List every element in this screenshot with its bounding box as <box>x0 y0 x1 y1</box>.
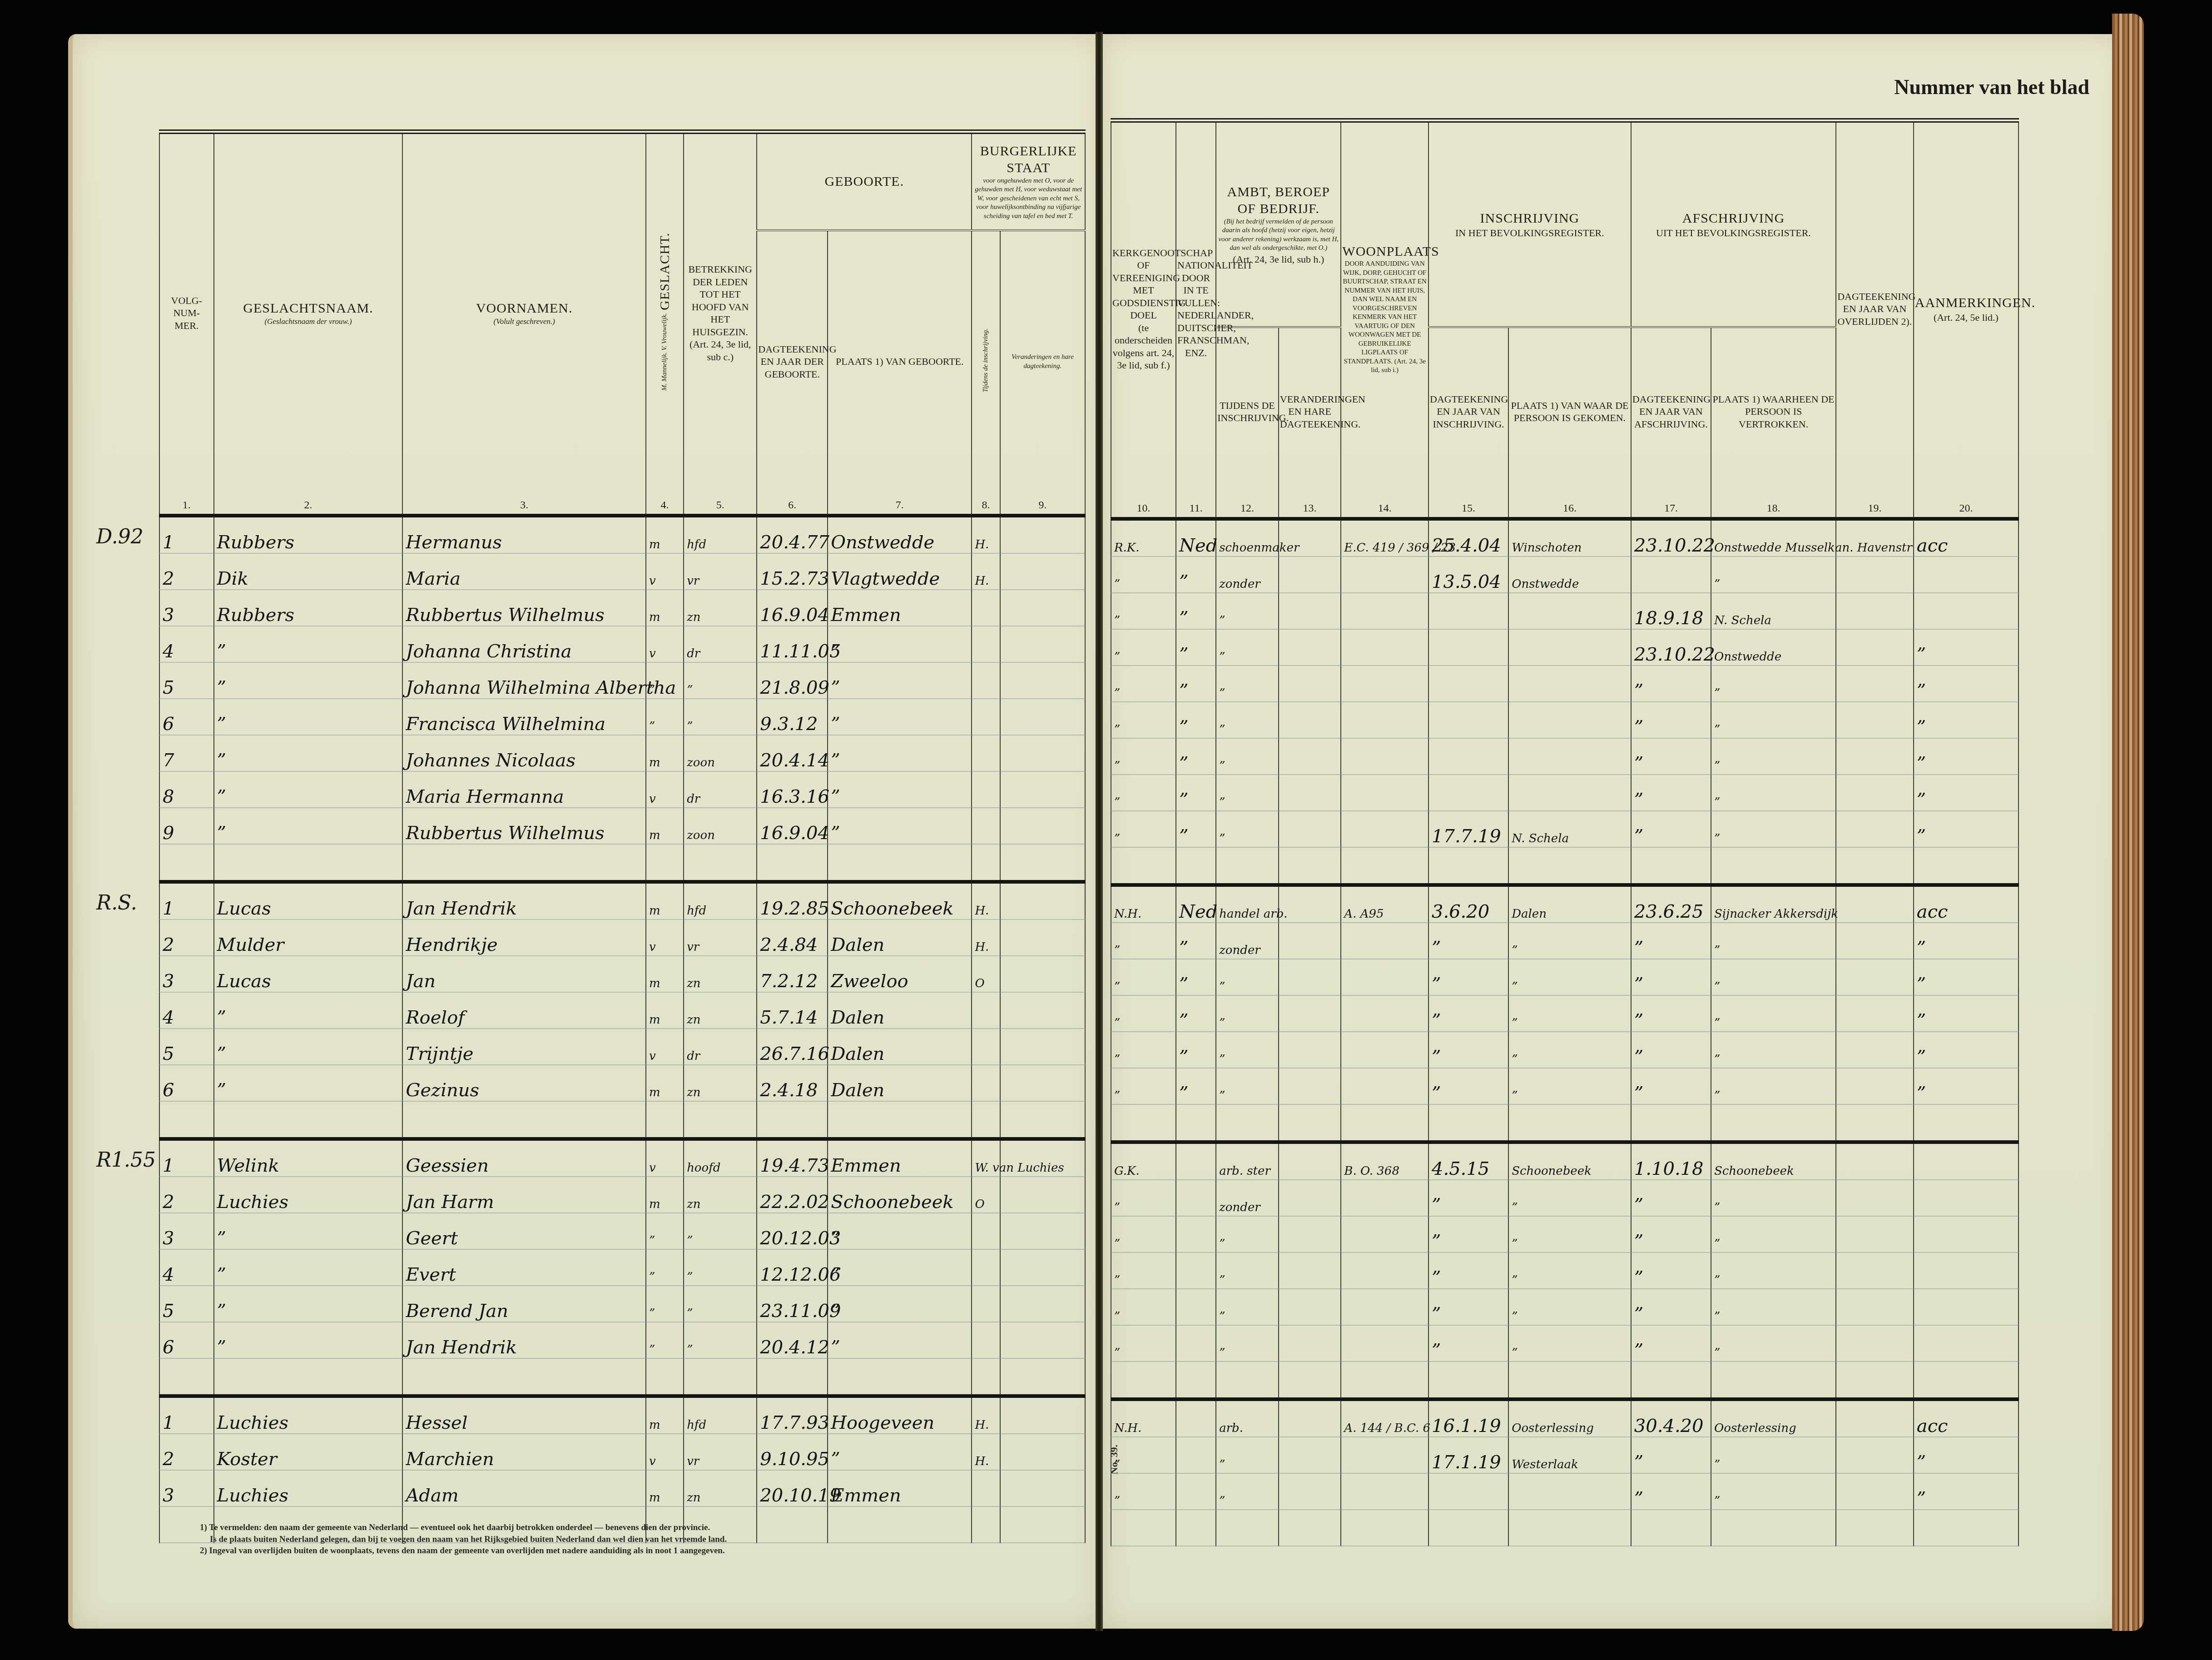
cell-text: ” <box>1634 1452 1643 1473</box>
cell-given: Maria <box>402 553 645 590</box>
cell-occ-change <box>1279 1289 1341 1325</box>
cell-text: 2 <box>163 568 174 589</box>
cell-text: H. <box>975 940 989 954</box>
cell-text: ” <box>1114 723 1120 736</box>
register-row-left: 6”Francisca Wilhelmina””9.3.12” <box>159 699 1085 735</box>
cell-text: v <box>649 1455 656 1468</box>
empty-cell <box>757 844 828 882</box>
cell-text: N.H. <box>1114 907 1141 921</box>
col-num: 19. <box>1836 495 1914 519</box>
cell-birth-place: Vlagtwedde <box>828 553 972 590</box>
cell-af-to: ” <box>1711 1289 1836 1325</box>
cell-text: ” <box>1512 1346 1518 1360</box>
cell-occ-change <box>1279 666 1341 702</box>
cell-rel: zn <box>684 956 757 992</box>
cell-occ: zonder <box>1216 923 1279 959</box>
cell-birth-date: 20.4.77 <box>757 516 828 553</box>
cell-ins-date: ” <box>1428 1325 1508 1362</box>
cell-church: N.H. <box>1111 885 1176 923</box>
cell-ins-date: ” <box>1428 1068 1508 1104</box>
cell-text: ” <box>1179 644 1188 665</box>
cell-text: Jan Hendrik <box>406 898 516 919</box>
empty-cell <box>684 844 757 882</box>
cell-church: ” <box>1111 629 1176 666</box>
cell-text: 1 <box>163 898 174 919</box>
cell-text: ” <box>1917 717 1926 738</box>
cell-text: ” <box>1114 759 1120 773</box>
cell-text: 20.4.14 <box>760 750 829 771</box>
cell-text: Johannes Nicolaas <box>406 750 575 771</box>
cell-text: 2.4.84 <box>760 934 818 955</box>
cell-text: 13.5.04 <box>1432 572 1501 592</box>
cell-af-date: ” <box>1631 995 1711 1032</box>
cell-af-date: ” <box>1631 923 1711 959</box>
cell-text: Onstwedde <box>1512 577 1579 591</box>
cell-n: 4 <box>159 1249 214 1286</box>
empty-cell <box>972 1358 1000 1396</box>
cell-rel: dr <box>684 1029 757 1065</box>
cell-af-date: ” <box>1631 666 1711 702</box>
cell-occ-change <box>1279 593 1341 629</box>
cell-text: m <box>649 1198 660 1211</box>
cell-text: ” <box>1179 572 1188 592</box>
cell-surname: Rubbers <box>214 516 403 553</box>
cell-remarks: ” <box>1914 629 2019 666</box>
cell-bs-change <box>1000 735 1085 771</box>
cell-text: Hermanus <box>406 532 502 553</box>
cell-given: Berend Jan <box>402 1286 645 1322</box>
cell-ins-date <box>1428 738 1508 775</box>
cell-remarks: ” <box>1914 1473 2019 1510</box>
col-group-inschrijving: INSCHRIJVINGIN HET BEVOLKINGSREGISTER. <box>1428 120 1631 327</box>
cell-text: ” <box>1114 832 1120 845</box>
cell-text: ” <box>1917 790 1926 810</box>
left-register-body: 1D.92RubbersHermanusmhfd20.4.77Onstwedde… <box>159 516 1085 1543</box>
cell-text: 20.4.77 <box>760 532 829 553</box>
cell-occ: ” <box>1216 1252 1279 1289</box>
cell-af-date: 23.6.25 <box>1631 885 1711 923</box>
cell-n: 2 <box>159 919 214 956</box>
cell-bs-change <box>1000 1434 1085 1470</box>
cell-death <box>1836 959 1914 995</box>
cell-ins-date: 13.5.04 <box>1428 557 1508 593</box>
cell-given: Adam <box>402 1470 645 1506</box>
cell-nat <box>1176 1216 1216 1252</box>
cell-af-date: ” <box>1631 1473 1711 1510</box>
cell-occ-change <box>1279 1216 1341 1252</box>
cell-text: 26.7.16 <box>760 1044 829 1064</box>
cell-text: ” <box>1917 1083 1926 1104</box>
cell-occ-change <box>1279 995 1341 1032</box>
cell-birth-place: Emmen <box>828 1470 972 1506</box>
cell-occ: ” <box>1216 1032 1279 1068</box>
cell-nat: ” <box>1176 629 1216 666</box>
cell-bs <box>972 1213 1000 1249</box>
register-row-left: 1D.92RubbersHermanusmhfd20.4.77Onstwedde… <box>159 516 1085 553</box>
cell-church: ” <box>1111 1325 1176 1362</box>
cell-ins-from: ” <box>1508 1180 1631 1216</box>
cell-text: ” <box>217 1044 226 1064</box>
cell-text: ” <box>1432 1340 1441 1361</box>
cell-text: ” <box>831 1264 840 1285</box>
cell-n: 5 <box>159 662 214 699</box>
cell-text: Oosterlessing <box>1512 1421 1594 1435</box>
cell-given: Johanna Christina <box>402 626 645 662</box>
blank-ruled-row <box>1111 1510 2019 1546</box>
col-num: 2. <box>214 492 403 516</box>
cell-birth-place: Schoonebeek <box>828 1177 972 1213</box>
col-num: 10. <box>1111 495 1176 519</box>
cell-text: 5 <box>163 677 174 698</box>
cell-text: Berend Jan <box>406 1301 508 1322</box>
cell-text: m <box>649 611 660 624</box>
cell-text: m <box>649 829 660 842</box>
cell-remarks <box>1914 593 2019 629</box>
empty-cell <box>828 1506 972 1543</box>
cell-af-date: 1.10.18 <box>1631 1142 1711 1180</box>
sheet-number-label: Nummer van het blad <box>1894 75 2089 99</box>
cell-text: ” <box>1432 1304 1441 1325</box>
cell-text: 4 <box>163 1264 174 1285</box>
register-row-right: ”””””””” <box>1111 1032 2019 1068</box>
cell-woonplaats <box>1341 666 1428 702</box>
cell-bs-change <box>1000 1213 1085 1249</box>
cell-text: ” <box>1432 1267 1441 1288</box>
cell-text: Rubbers <box>217 532 294 553</box>
cell-text: Rubbers <box>217 605 294 626</box>
cell-text: ” <box>1114 650 1120 664</box>
col-header-volgnummer: VOLG-NUM-MER. <box>159 132 214 492</box>
cell-text: 17.7.19 <box>1432 826 1501 847</box>
cell-text: v <box>649 1161 656 1175</box>
empty-cell <box>1711 1510 1836 1546</box>
cell-text: Rubbertus Wilhelmus <box>406 605 604 626</box>
empty-cell <box>1631 1362 1711 1399</box>
cell-ins-date: 16.1.19 <box>1428 1399 1508 1437</box>
cell-text: ” <box>1634 1047 1643 1068</box>
cell-text: ” <box>1179 1083 1188 1104</box>
cell-remarks: ” <box>1914 1437 2019 1473</box>
cell-text: ” <box>1179 608 1188 629</box>
cell-church: ” <box>1111 923 1176 959</box>
empty-cell <box>1508 1104 1631 1142</box>
cell-sex: ” <box>646 1213 684 1249</box>
cell-church: ” <box>1111 1437 1176 1473</box>
cell-text: Adam <box>406 1485 458 1506</box>
cell-woonplaats <box>1341 923 1428 959</box>
cell-surname: Mulder <box>214 919 403 956</box>
cell-bs <box>972 590 1000 626</box>
col-num: 11. <box>1176 495 1216 519</box>
cell-text: ” <box>1432 1047 1441 1068</box>
cell-text: ” <box>1512 944 1518 957</box>
cell-ins-from <box>1508 629 1631 666</box>
cell-remarks: ” <box>1914 959 2019 995</box>
col-num: 5. <box>684 492 757 516</box>
empty-cell <box>1176 1362 1216 1399</box>
cell-birth-date: 2.4.18 <box>757 1065 828 1101</box>
cell-text: 6 <box>163 714 174 735</box>
cell-text: ” <box>1714 686 1720 700</box>
col-header-geboorte-plaats: PLAATS 1) VAN GEBOORTE. <box>828 230 972 492</box>
cell-text: ” <box>1179 974 1188 995</box>
cell-nat <box>1176 1437 1216 1473</box>
register-row-left: 2DikMariavvr15.2.73VlagtweddeH. <box>159 553 1085 590</box>
cell-death <box>1836 557 1914 593</box>
cell-text: Dalen <box>831 1044 884 1064</box>
cell-n: 9 <box>159 808 214 844</box>
cell-bs <box>972 735 1000 771</box>
cell-text: 1 <box>163 1155 174 1176</box>
cell-nat <box>1176 1142 1216 1180</box>
cell-death <box>1836 995 1914 1032</box>
cell-text: Hoogeveen <box>831 1412 934 1433</box>
cell-woonplaats <box>1341 1032 1428 1068</box>
cell-text: ” <box>1114 1273 1120 1287</box>
empty-cell <box>972 844 1000 882</box>
cell-text: ” <box>1634 717 1643 738</box>
cell-text: ” <box>687 1270 693 1284</box>
cell-nat: ” <box>1176 995 1216 1032</box>
cell-ins-from: Onstwedde <box>1508 557 1631 593</box>
col-num: 14. <box>1341 495 1428 519</box>
cell-text: ” <box>1219 1346 1225 1360</box>
cell-text: ” <box>1714 1201 1720 1214</box>
cell-ins-date: 3.6.20 <box>1428 885 1508 923</box>
cell-text: ” <box>1432 1083 1441 1104</box>
cell-text: ” <box>1634 1488 1643 1509</box>
register-row-left: 4”Evert””12.12.06” <box>159 1249 1085 1286</box>
empty-cell <box>757 1101 828 1139</box>
cell-surname: ” <box>214 626 403 662</box>
cell-death <box>1836 702 1914 738</box>
cell-given: Geessien <box>402 1139 645 1177</box>
cell-occ-change <box>1279 629 1341 666</box>
cell-bs-change <box>1000 808 1085 844</box>
cell-bs <box>972 1286 1000 1322</box>
register-row-right: N.H.Nedhandel arb.A. A953.6.20Dalen23.6.… <box>1111 885 2019 923</box>
cell-rel: zoon <box>684 808 757 844</box>
cell-woonplaats: B. O. 368 <box>1341 1142 1428 1180</box>
cell-text: m <box>649 756 660 770</box>
cell-woonplaats <box>1341 738 1428 775</box>
cell-text: 17.1.19 <box>1432 1452 1501 1473</box>
register-row-right: ””17.1.19Westerlaak””” <box>1111 1437 2019 1473</box>
cell-text: ” <box>1512 1089 1518 1103</box>
cell-bs: W. van Luchies <box>972 1139 1000 1177</box>
cell-remarks <box>1914 1180 2019 1216</box>
cell-text: ” <box>1114 577 1120 591</box>
cell-text: Geert <box>406 1228 458 1249</box>
col-num: 17. <box>1631 495 1711 519</box>
empty-cell <box>972 1101 1000 1139</box>
cell-remarks <box>1914 1142 2019 1180</box>
cell-text: ” <box>1714 795 1720 809</box>
cell-text: ” <box>217 677 226 698</box>
cell-text: Onstwedde <box>831 532 934 553</box>
cell-text: m <box>649 977 660 990</box>
empty-cell <box>1000 1506 1085 1543</box>
cell-text: ” <box>649 1234 655 1247</box>
cell-birth-place: ” <box>828 699 972 735</box>
cell-n: 1R.S. <box>159 882 214 919</box>
cell-text: 16.3.16 <box>760 786 829 807</box>
cell-text: ” <box>217 1264 226 1285</box>
cell-text: ” <box>217 750 226 771</box>
cell-birth-date: 16.9.04 <box>757 590 828 626</box>
cell-remarks: ” <box>1914 995 2019 1032</box>
cell-n: 3 <box>159 590 214 626</box>
cell-text: ” <box>217 786 226 807</box>
cell-text: ” <box>217 1337 226 1358</box>
cell-af-to: Sijnacker Akkersdijk <box>1711 885 1836 923</box>
cell-occ: ” <box>1216 666 1279 702</box>
cell-af-to: Onstwedde <box>1711 629 1836 666</box>
col-header-bs-veranderingen: Veranderingen en hare dagteekening. <box>1000 230 1085 492</box>
empty-cell <box>1428 1362 1508 1399</box>
cell-text: acc <box>1917 535 1948 556</box>
cell-surname: Dik <box>214 553 403 590</box>
cell-death <box>1836 811 1914 847</box>
cell-church: ” <box>1111 1216 1176 1252</box>
cell-text: Sijnacker Akkersdijk <box>1714 907 1838 921</box>
cell-rel: vr <box>684 1434 757 1470</box>
cell-nat: ” <box>1176 593 1216 629</box>
cell-ins-from: Westerlaak <box>1508 1437 1631 1473</box>
empty-cell <box>1341 1510 1428 1546</box>
cell-birth-date: 11.11.05 <box>757 626 828 662</box>
cell-af-to: ” <box>1711 557 1836 593</box>
cell-text: Hessel <box>406 1412 467 1433</box>
cell-text: ” <box>649 683 655 697</box>
cell-given: Evert <box>402 1249 645 1286</box>
cell-birth-place: Dalen <box>828 1029 972 1065</box>
cell-remarks: ” <box>1914 1032 2019 1068</box>
cell-occ-change <box>1279 519 1341 557</box>
cell-bs: O <box>972 956 1000 992</box>
col-header-overlijden: DAGTEEKENING EN JAAR VAN OVERLIJDEN 2). <box>1836 120 1914 495</box>
empty-cell <box>1341 1104 1428 1142</box>
register-row-left: 2LuchiesJan Harmmzn22.2.02SchoonebeekO <box>159 1177 1085 1213</box>
cell-bs: H. <box>972 516 1000 553</box>
cell-text: 5 <box>163 1044 174 1064</box>
cell-sex: m <box>646 516 684 553</box>
col-num: 1. <box>159 492 214 516</box>
cell-nat: ” <box>1176 775 1216 811</box>
col-header-afschrijving-plaats: PLAATS 1) WAARHEEN DE PERSOON IS VERTROK… <box>1711 327 1836 495</box>
cell-af-date: ” <box>1631 1252 1711 1289</box>
cell-occ-change <box>1279 1252 1341 1289</box>
empty-cell <box>1279 1104 1341 1142</box>
empty-cell <box>684 1101 757 1139</box>
cell-birth-date: 22.2.02 <box>757 1177 828 1213</box>
cell-bs-change <box>1000 1286 1085 1322</box>
cell-text: m <box>649 538 660 552</box>
col-header-afschrijving-datum: DAGTEEKENING EN JAAR VAN AFSCHRIJVING. <box>1631 327 1711 495</box>
cell-text: O <box>975 977 984 990</box>
cell-text: ” <box>217 641 226 662</box>
cell-text: v <box>649 940 656 954</box>
empty-cell <box>1111 1510 1176 1546</box>
cell-text: 23.10.22 <box>1634 535 1715 556</box>
cell-text: ” <box>1917 1488 1926 1509</box>
cell-death <box>1836 1142 1914 1180</box>
cell-text: 2 <box>163 1192 174 1213</box>
cell-text: ” <box>1179 681 1188 701</box>
cell-text: ” <box>1179 826 1188 847</box>
cell-text: ” <box>1714 1458 1720 1471</box>
cell-ins-date: ” <box>1428 1289 1508 1325</box>
col-header-woonplaats: WOONPLAATSDOOR AANDUIDING VAN WIJK, DORP… <box>1341 120 1428 495</box>
cell-nat: ” <box>1176 666 1216 702</box>
cell-remarks: ” <box>1914 738 2019 775</box>
cell-ins-date: ” <box>1428 959 1508 995</box>
cell-bs: H. <box>972 1434 1000 1470</box>
cell-af-to: ” <box>1711 923 1836 959</box>
empty-cell <box>1631 1510 1711 1546</box>
cell-woonplaats <box>1341 995 1428 1032</box>
cell-birth-date: 19.2.85 <box>757 882 828 919</box>
register-row-left: 3LucasJanmzn7.2.12ZweelooO <box>159 956 1085 992</box>
cell-text: 4 <box>163 641 174 662</box>
cell-text: ” <box>831 677 840 698</box>
cell-nat: ” <box>1176 959 1216 995</box>
cell-text: N. Schela <box>1714 614 1771 627</box>
cell-text: zn <box>687 1491 700 1505</box>
cell-af-date: ” <box>1631 738 1711 775</box>
cell-surname: Luchies <box>214 1177 403 1213</box>
cell-birth-place: ” <box>828 662 972 699</box>
cell-text: Johanna Christina <box>406 641 571 662</box>
cell-text: 4 <box>163 1007 174 1028</box>
cell-given: Trijntje <box>402 1029 645 1065</box>
cell-text: ” <box>1714 1237 1720 1251</box>
empty-cell <box>1216 1362 1279 1399</box>
empty-cell <box>972 1506 1000 1543</box>
cell-af-to: N. Schela <box>1711 593 1836 629</box>
empty-cell <box>402 1358 645 1396</box>
cell-af-date: 18.9.18 <box>1631 593 1711 629</box>
cell-text: G.K. <box>1114 1164 1140 1178</box>
cell-rel: zoon <box>684 735 757 771</box>
empty-cell <box>1216 1104 1279 1142</box>
cell-n: 1 <box>159 1396 214 1434</box>
cell-text: ” <box>1219 1458 1225 1471</box>
cell-woonplaats <box>1341 959 1428 995</box>
blank-ruled-row <box>1111 1362 2019 1399</box>
col-header-geslacht: GESLACHT.M. Mannelijk. V. Vrouwelijk. <box>646 132 684 492</box>
cell-text: ” <box>1714 1494 1720 1508</box>
cell-n: 6 <box>159 1322 214 1358</box>
cell-text: ” <box>831 1228 840 1249</box>
cell-given: Roelof <box>402 992 645 1029</box>
cell-af-to: ” <box>1711 959 1836 995</box>
cell-text: ” <box>1179 1047 1188 1068</box>
cell-text: dr <box>687 1049 700 1063</box>
cell-birth-place: ” <box>828 808 972 844</box>
cell-church: ” <box>1111 775 1176 811</box>
cell-occ: ” <box>1216 1289 1279 1325</box>
empty-cell <box>1176 1510 1216 1546</box>
cell-occ-change <box>1279 1142 1341 1180</box>
cell-text: ” <box>649 1307 655 1320</box>
cell-text: Schoonebeek <box>831 898 953 919</box>
cell-text: R.K. <box>1114 541 1140 555</box>
cell-af-to: Oosterlessing <box>1711 1399 1836 1437</box>
cell-birth-place: Dalen <box>828 1065 972 1101</box>
cell-occ-change <box>1279 923 1341 959</box>
empty-cell <box>214 1358 403 1396</box>
